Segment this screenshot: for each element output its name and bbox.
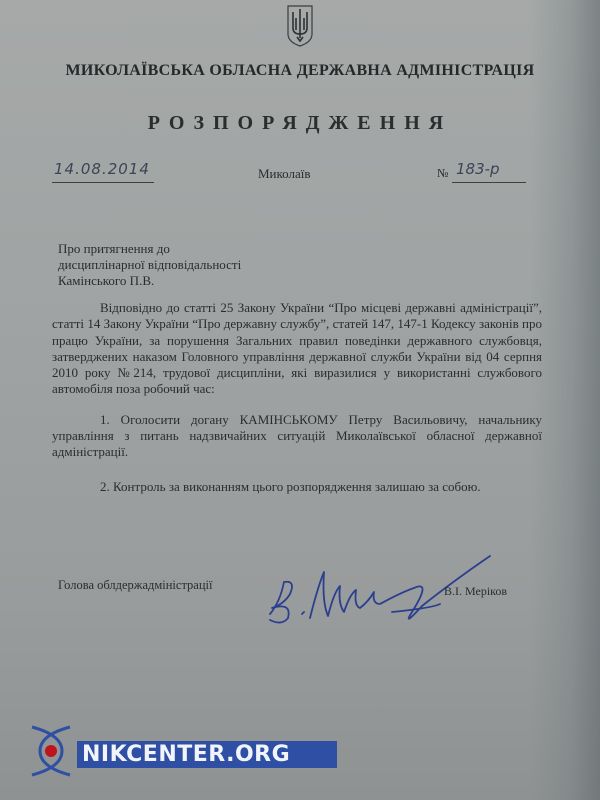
order-item-1: 1. Оголосити догану КАМІНСЬКОМУ Петру Ва… — [52, 412, 542, 461]
document-meta-row: 14.08.2014 Миколаїв № 183-р — [0, 160, 600, 190]
order-body: Відповідно до статті 25 Закону України “… — [52, 300, 542, 495]
order-item-2: 2. Контроль за виконанням цього розпоряд… — [52, 479, 542, 495]
document-page: МИКОЛАЇВСЬКА ОБЛАСНА ДЕРЖАВНА АДМІНІСТРА… — [0, 0, 600, 800]
signatory-role: Голова облдержадміністрації — [58, 578, 213, 593]
nikcenter-logo-icon — [28, 725, 74, 777]
preamble-paragraph: Відповідно до статті 25 Закону України “… — [52, 300, 542, 398]
city-label: Миколаїв — [258, 166, 311, 182]
trident-coat-of-arms-icon — [286, 4, 314, 48]
date-field: 14.08.2014 — [52, 160, 154, 183]
signatory-name: В.І. Меріков — [444, 584, 507, 599]
nikcenter-watermark: NIKCENTER.ORG — [28, 725, 318, 775]
subject-line: Камінського П.В. — [58, 273, 241, 289]
subject-block: Про притягнення до дисциплінарної відпов… — [58, 241, 241, 289]
document-type-heading: РОЗПОРЯДЖЕННЯ — [0, 112, 600, 135]
nikcenter-banner: NIKCENTER.ORG — [77, 741, 337, 768]
organization-title: МИКОЛАЇВСЬКА ОБЛАСНА ДЕРЖАВНА АДМІНІСТРА… — [0, 62, 600, 80]
subject-line: дисциплінарної відповідальності — [58, 257, 241, 273]
number-sign: № — [437, 166, 448, 181]
order-number-field: 183-р — [452, 160, 526, 183]
subject-line: Про притягнення до — [58, 241, 241, 257]
signature-row: Голова облдержадміністрації В.І. Меріков — [0, 560, 600, 640]
